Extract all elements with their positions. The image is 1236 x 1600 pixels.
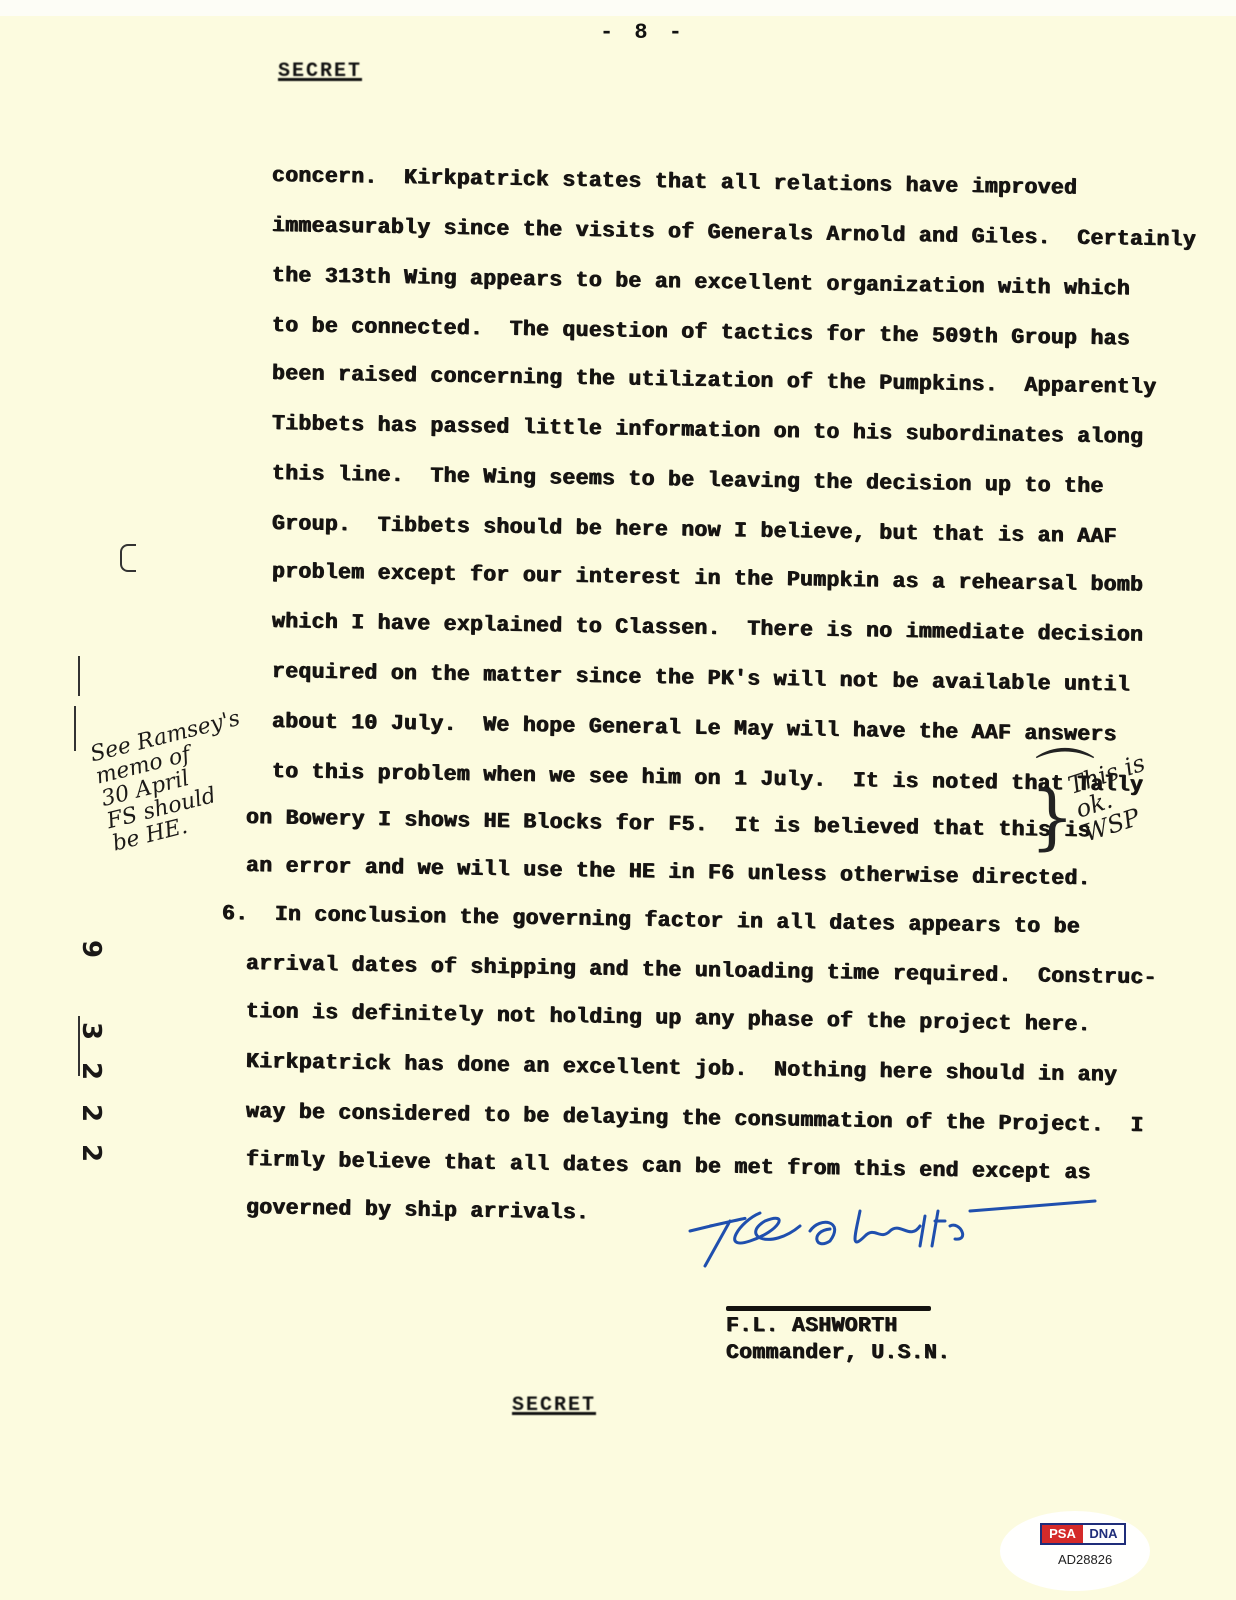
punch-mark	[120, 544, 136, 572]
memo-line: problem except for our interest in the P…	[272, 560, 1144, 598]
bracket-right: }	[1030, 776, 1075, 858]
memo-line: to this problem when we see him on 1 Jul…	[272, 760, 1144, 798]
memo-line: Kirkpatrick has done an excellent job. N…	[246, 1050, 1118, 1088]
memo-line: been raised concerning the utilization o…	[272, 362, 1157, 400]
margin-number: 9	[76, 940, 106, 958]
memo-line: about 10 July. We hope General Le May wi…	[272, 710, 1117, 747]
classification-stamp-bottom: SECRET	[512, 1394, 596, 1417]
certificate-id: AD28826	[1058, 1552, 1112, 1567]
signature-ink	[670, 1181, 1100, 1281]
margin-number: 3	[76, 1022, 106, 1040]
memo-line: the 313th Wing appears to be an excellen…	[272, 264, 1130, 301]
memo-line: firmly believe that all dates can be met…	[246, 1148, 1091, 1185]
margin-mark	[74, 706, 76, 751]
page-number: - 8 -	[600, 20, 686, 45]
margin-number: 2	[76, 1144, 106, 1162]
document-page: - 8 - SECRET concern. Kirkpatrick states…	[0, 16, 1236, 1600]
signatory-title: Commander, U.S.N.	[726, 1341, 950, 1365]
signature-rule	[726, 1306, 931, 1311]
memo-line: an error and we will use the HE in F6 un…	[246, 854, 1091, 891]
classification-stamp-top: SECRET	[278, 60, 362, 83]
memo-line: this line. The Wing seems to be leaving …	[272, 462, 1104, 499]
margin-mark	[78, 656, 80, 696]
memo-line: Tibbets has passed little information on…	[272, 412, 1144, 450]
memo-line: Group. Tibbets should be here now I beli…	[272, 512, 1117, 549]
psa-dna-logo: PSA DNA	[1040, 1523, 1126, 1545]
memo-line: governed by ship arrivals.	[246, 1196, 590, 1225]
dna-logo-part: DNA	[1083, 1525, 1124, 1543]
psa-logo-part: PSA	[1042, 1525, 1083, 1543]
memo-line: tion is definitely not holding up any ph…	[246, 1000, 1091, 1037]
memo-line: immeasurably since the visits of General…	[272, 214, 1196, 253]
signatory-name: F.L. ASHWORTH	[726, 1314, 898, 1338]
memo-line: to be connected. The question of tactics…	[272, 314, 1130, 351]
margin-number: 2	[76, 1062, 106, 1080]
memo-line: concern. Kirkpatrick states that all rel…	[272, 164, 1078, 201]
memo-line: on Bowery I shows HE Blocks for F5. It i…	[246, 806, 1091, 843]
memo-line: way be considered to be delaying the con…	[246, 1100, 1144, 1138]
margin-note-left: See Ramsey's memo of 30 April FS should …	[88, 707, 265, 856]
margin-number: 2	[76, 1104, 106, 1122]
memo-line: which I have explained to Classen. There…	[272, 610, 1144, 648]
memo-line: arrival dates of shipping and the unload…	[246, 952, 1157, 990]
memo-line: required on the matter since the PK's wi…	[272, 660, 1130, 697]
memo-line: 6. In conclusion the governing factor in…	[222, 902, 1080, 939]
